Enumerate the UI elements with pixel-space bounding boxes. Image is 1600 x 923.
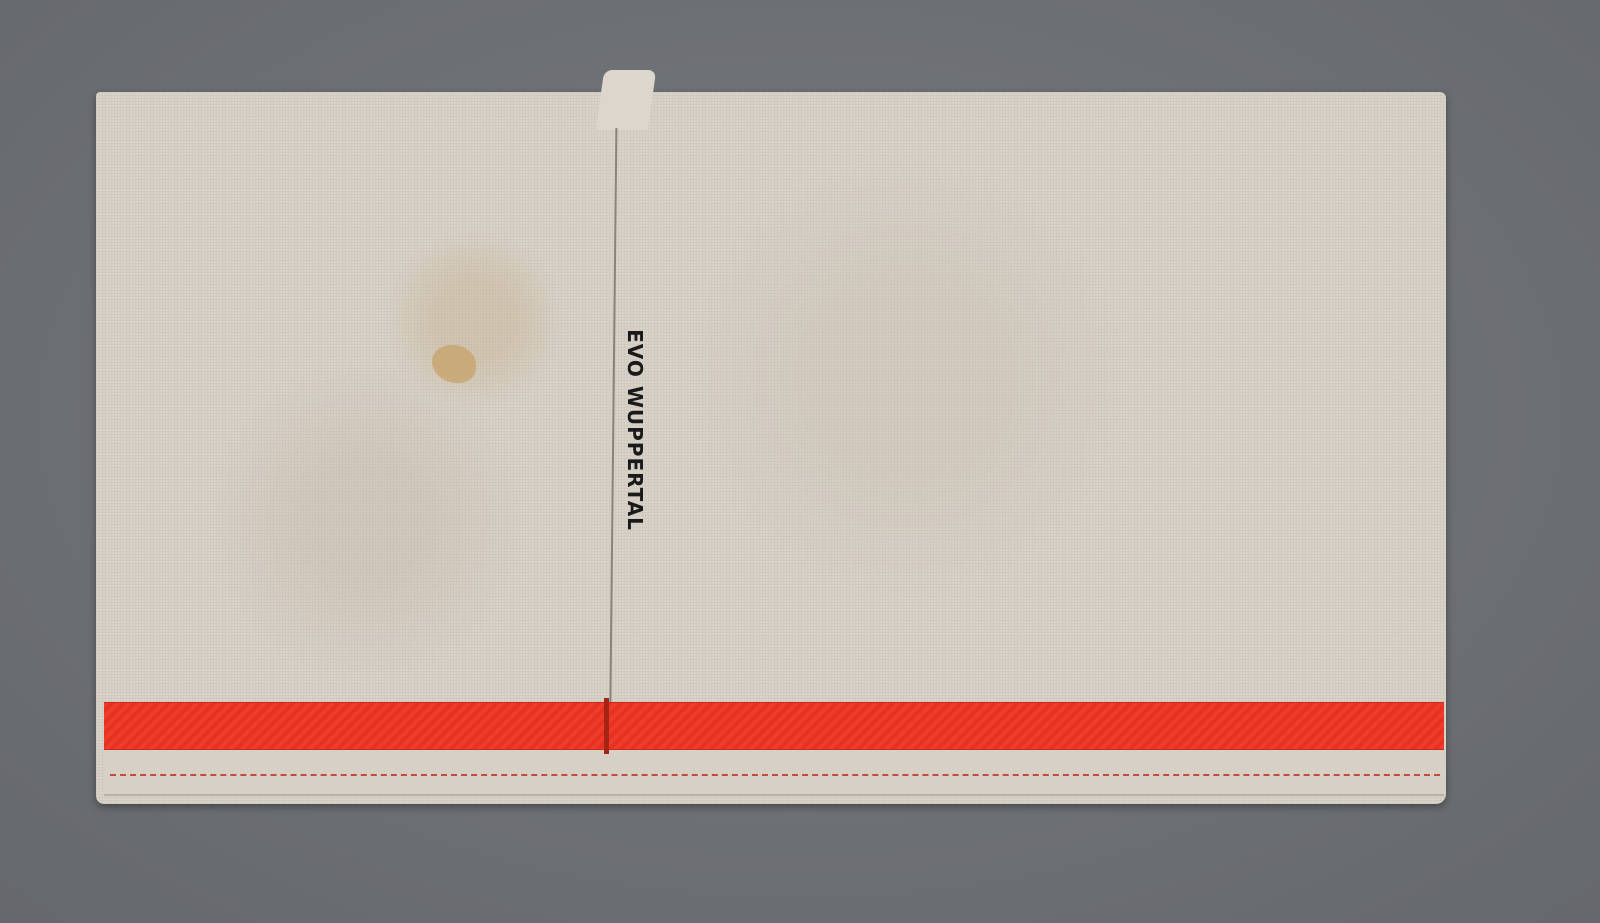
red-stripe-seam: [604, 698, 609, 754]
armband-fold-notch: [596, 70, 656, 130]
maker-stamp-text: EVO WUPPERTAL: [623, 329, 647, 531]
red-stripe: [104, 702, 1444, 750]
hem-stitching: [110, 774, 1440, 776]
armband-bottom-hem: [104, 748, 1444, 796]
maker-stamp: EVO WUPPERTAL: [620, 300, 650, 560]
armband: [96, 92, 1446, 804]
